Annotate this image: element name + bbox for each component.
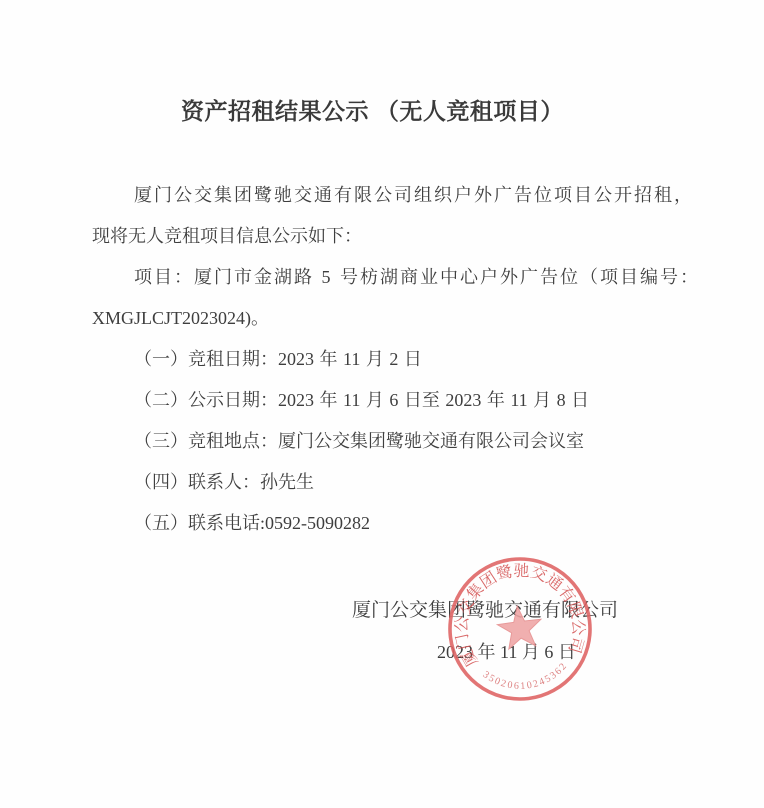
document-page: 资产招租结果公示 （无人竞租项目） 厦门公交集团鹭驰交通有限公司组织户外广告位项… (0, 0, 764, 808)
body-line: （五）联系电话:0592-5090282 (134, 512, 370, 534)
body-line: （二）公示日期：2023 年 11 月 6 日至 2023 年 11 月 8 日 (134, 389, 589, 411)
svg-text:35020610245362: 35020610245362 (480, 659, 573, 697)
body-line: （四）联系人：孙先生 (134, 471, 314, 493)
seal-ring (442, 551, 598, 707)
body-line: （一）竞租日期：2023 年 11 月 2 日 (134, 348, 422, 370)
seal-number-text: 35020610245362 (480, 659, 573, 697)
signature-date: 2023 年 11 月 6 日 (437, 638, 576, 664)
body-line: 现将无人竞租项目信息公示如下： (92, 225, 362, 247)
company-seal-stamp: 厦门公交集团鹭驰交通有限公司 35020610245362 (435, 544, 605, 714)
body-line: 厦门公交集团鹭驰交通有限公司组织户外广告位项目公开招租， (134, 184, 694, 206)
document-title: 资产招租结果公示 （无人竞租项目） (181, 93, 564, 126)
body-line: XMGJLCJT2023024)。 (92, 307, 269, 329)
signature-company: 厦门公交集团鹭驰交通有限公司 (352, 595, 618, 622)
body-line: （三）竞租地点：厦门公交集团鹭驰交通有限公司会议室 (134, 430, 584, 452)
body-line: 项目：厦门市金湖路 5 号枋湖商业中心户外广告位（项目编号： (134, 266, 700, 288)
